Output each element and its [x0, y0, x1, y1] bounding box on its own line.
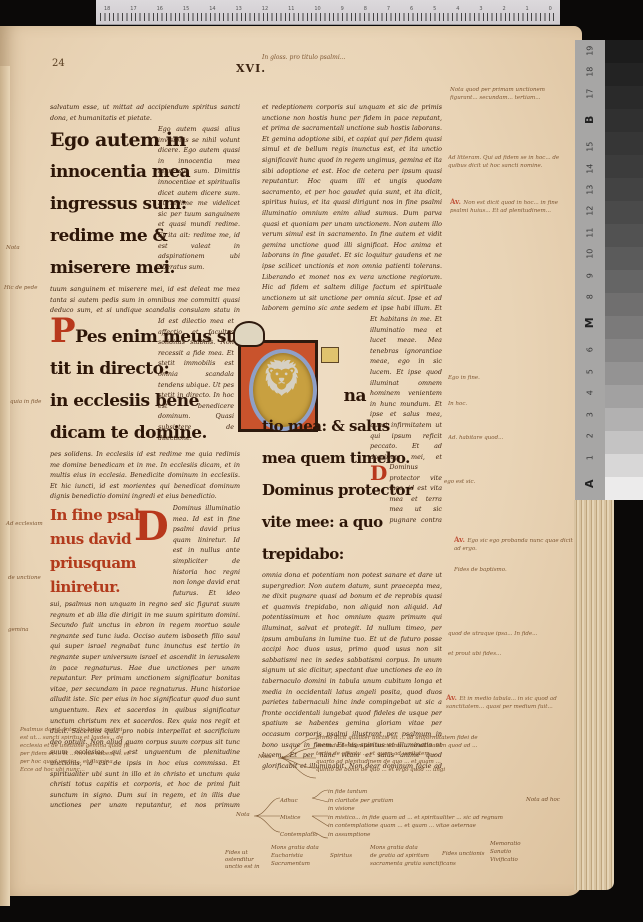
diagram-node: Eucharistia [271, 852, 319, 860]
note-text: ego est sic. [444, 479, 475, 485]
ruler-numbers: 1817161514131211109876543210 [104, 6, 552, 12]
foliate-flourish-icon [233, 321, 265, 347]
red-initial-d-right: D [370, 462, 387, 526]
right-margin-note: Ego in fine. [448, 374, 568, 382]
left-margin-note: quia in fide [10, 398, 50, 406]
ruler-number: 16 [157, 6, 163, 12]
measurement-ruler: 1817161514131211109876543210 [96, 0, 560, 25]
right-margin-note: ego est sic. [444, 478, 564, 486]
diagram-root: Spiritus [330, 852, 352, 860]
right-margin-note: Av. Ego sic ego probanda nunc quae dicit… [454, 536, 574, 553]
text-line: tit in directo: [50, 353, 154, 385]
grey-swatch [605, 109, 643, 132]
grey-scale-labels: 191817B15141312111098M654321A [575, 40, 605, 500]
branch-diagram-5: Fides unctionis MemoratioSanatioVivifica… [442, 840, 552, 870]
branch-diagram-4: Spiritus Mons gratia datade gratia ad sp… [330, 844, 440, 874]
ruler-number: 7 [387, 6, 390, 12]
text-line: mea quem timebo. [262, 442, 366, 474]
grey-swatch [605, 408, 643, 431]
right-margin-note: In hoc. [448, 400, 568, 408]
branch-diagram-1: Nota primo dicit qualiter unctio sit ...… [258, 734, 468, 784]
diagram-root: Nota [236, 811, 250, 819]
grey-swatch [605, 385, 643, 408]
diagram-root: Fides unctionis [442, 850, 485, 858]
diagram-node: Adhuc [280, 793, 318, 810]
left-opening-gloss: salvatum esse, ut mittat ad accipiendum … [50, 102, 240, 124]
note-text: Fides de baptismo. [454, 567, 507, 573]
grey-swatch [605, 63, 643, 86]
right-side-gloss: Et habitans in me. Et illuminatio mea et… [370, 314, 442, 462]
ruler-number: 4 [456, 6, 459, 12]
grey-swatch [605, 431, 643, 454]
left-margin-note: de unctione [8, 574, 48, 582]
right-margin-note: Ad. habitare quod... [448, 434, 568, 442]
left-gloss-2: tuum sanguinem et miserere mei, id est d… [50, 284, 240, 316]
text-line: tio mea: & salus [262, 410, 366, 442]
ruler-number: 18 [104, 6, 110, 12]
diagram-node: in assumptione [328, 831, 503, 840]
rubric-line: mus david [50, 527, 130, 551]
text-line: miserere mei. [50, 252, 154, 284]
diagram-side-note: Nota ad hoc [526, 796, 560, 804]
ruler-number: 0 [549, 6, 552, 12]
grey-swatch [605, 270, 643, 293]
left-side-gloss-3: Id est dilectio mea et affectio et facul… [158, 316, 234, 444]
folio-mark: 24 [52, 58, 65, 69]
ruler-number: 9 [341, 6, 344, 12]
diagram-node: quarto ad plenitudinem de quo ... et qua… [316, 758, 478, 766]
diagram-node: in claritate per gratiam [328, 797, 503, 806]
note-text: Ad. habitare quod... [448, 435, 503, 441]
rubric-initial-p: P [50, 311, 75, 351]
left-gloss-4: pes solidens. In ecclesiis id est redime… [50, 449, 240, 503]
header-gloss: In gloss. pro titulo psalmi... [262, 54, 346, 61]
branch-diagram-2: Nota AdhucMisticeContemplatio in fide ta… [236, 788, 566, 848]
note-text: Ego sic ego probanda nunc quae dicit ad … [454, 538, 573, 552]
ruler-number: 10 [314, 6, 320, 12]
text-line: na [344, 382, 366, 410]
diagram-node: Mistice [280, 810, 318, 827]
grey-swatch [605, 477, 643, 500]
text-line: PPes enim meus ste [50, 316, 154, 353]
grey-swatch [605, 201, 643, 224]
diagram-node: in mistico... in fide quam ad ... et spi… [328, 814, 503, 823]
text-line: Ego autem in [50, 124, 154, 156]
grey-scale-label: 1 [579, 442, 600, 472]
note-text: Et in medio tabula... in sic quod ad san… [446, 696, 557, 710]
ruler-number: 8 [364, 6, 367, 12]
left-margin-note: Hic de pede [4, 284, 44, 292]
grey-swatch [605, 132, 643, 155]
diagram-node: in visione [328, 805, 503, 814]
grey-swatch [605, 293, 643, 316]
left-body-gloss: sui, psalmus non unquam in regno sed sic… [50, 599, 240, 811]
ruler-number: 14 [209, 6, 215, 12]
red-annotation-mark: Av. [450, 198, 463, 206]
grey-swatch [605, 362, 643, 385]
red-initial-d: D [134, 507, 169, 599]
note-text: Ego in fine. [448, 375, 480, 381]
diagram-node: tertio de effectu ... et quam ad veritat… [316, 750, 478, 758]
text-line: trepidabo: [262, 538, 366, 570]
note-text: Non est dicit quod in hoc... in fine psa… [450, 200, 558, 214]
diagram-node: Sacramentum [271, 860, 319, 868]
diagram-node: secundo de dignitate unctionis ... ad ut… [316, 742, 478, 750]
right-column: et redeptionem corporis sui unquam et si… [262, 102, 442, 770]
right-margin-note: Nota quod per primam unctionem figurant.… [450, 86, 570, 102]
text-line: vite mee: a quo [262, 506, 366, 538]
diagram-node: Vivificatio [490, 856, 521, 864]
rubric-block: In fine psal mus david priusquam liniret… [50, 503, 130, 599]
left-margin-note: gemina [8, 626, 48, 634]
grey-swatch [605, 40, 643, 63]
bottom-left-note-block: Psalmus david. Intentio huius psalmi est… [20, 726, 132, 776]
diagram-branches: primo dicit qualiter unctio sit ... ad u… [316, 734, 478, 774]
left-side-gloss-1: Ego autem quasi alius invisibilis se nih… [158, 124, 240, 284]
grey-scale-label: A [574, 469, 606, 499]
right-side-gloss-2: Dominus protector vite mee, id est vita … [389, 462, 442, 526]
text-line: dicam te domine. [50, 417, 154, 449]
right-margin-note: Av. Et in medio tabula... in sic quod ad… [446, 694, 566, 711]
ruler-number: 5 [433, 6, 436, 12]
text-line: in ecclesiis bene [50, 385, 154, 417]
ruler-number: 11 [288, 6, 294, 12]
left-margin-note: Ad ecclesiam [6, 520, 46, 528]
grey-swatch [605, 316, 643, 339]
grey-swatch [605, 155, 643, 178]
branch-diagram-3: Fides ut ostenditur unctio est in Mons g… [225, 844, 305, 874]
left-side-gloss-5: Dominus illuminatio mea. Id est in fine … [173, 503, 240, 599]
note-text: In hoc. [448, 401, 467, 407]
right-opening-gloss: et redeptionem corporis sui unquam et si… [262, 102, 442, 314]
ruler-number: 12 [262, 6, 268, 12]
grey-swatch [605, 339, 643, 362]
right-large-text-block: na tio mea: & salus mea quem timebo. Dom… [262, 314, 366, 570]
diagram-root: Nota [258, 753, 272, 761]
right-margin-note: Fides de baptismo. [454, 566, 574, 574]
note-text: quod de utraque ipsa... In fide... [448, 631, 537, 637]
grey-swatch [605, 454, 643, 477]
grey-swatch [605, 86, 643, 109]
diagram-node: Memoratio [490, 840, 521, 848]
ruler-number: 15 [183, 6, 189, 12]
ruler-number: 6 [410, 6, 413, 12]
grey-swatch [605, 224, 643, 247]
diagram-branches: AdhucMisticeContemplatio [280, 793, 318, 844]
diagram-node: quinto de bonis de quo ... et ergo quod … [316, 766, 478, 774]
ruler-ticks [100, 13, 556, 21]
diagram-node: primo dicit qualiter unctio sit ... ad u… [316, 734, 478, 742]
diagram-branches: Mons gratia dataEucharistiaSacramentum [271, 844, 319, 868]
left-margin-note: Nota [6, 244, 46, 252]
rubric-line: priusquam [50, 551, 130, 575]
grey-swatch [605, 178, 643, 201]
ruler-number: 1 [526, 6, 529, 12]
rubric-line: liniretur. [50, 575, 130, 599]
diagram-node: Sanatio [490, 848, 521, 856]
manuscript-page: 24 XVI. In gloss. pro titulo psalmi... s… [0, 26, 582, 896]
grey-swatch [605, 247, 643, 270]
diagram-node: Contemplatio [280, 827, 318, 844]
grey-scale-target: 191817B15141312111098M654321A [575, 40, 643, 500]
left-column: salvatum esse, ut mittat ad accipiendum … [50, 102, 240, 811]
note-text: Nota quod per primam unctionem figurant.… [450, 87, 545, 101]
diagram-node: in fide tantum [328, 788, 503, 797]
diagram-branches: MemoratioSanatioVivificatio [490, 840, 521, 864]
red-annotation-mark: Av. [446, 694, 459, 702]
diagram-node: Mons gratia data [271, 844, 319, 852]
rubric-line: In fine psal [50, 503, 130, 527]
left-large-text-block-2: PPes enim meus ste tit in directo: in ec… [50, 316, 154, 449]
note-text: Ad litteram. Qui ad fidem se in hoc... d… [448, 155, 559, 169]
text-line: innocentia mea [50, 156, 154, 188]
ruler-number: 3 [479, 6, 482, 12]
note-text: et prout ubi fides... [448, 651, 501, 657]
page-fore-edge [574, 500, 614, 890]
ruler-number: 13 [235, 6, 241, 12]
psalm-number-heading: XVI. [236, 62, 266, 75]
text-line: Dominus protector [262, 474, 366, 506]
text-line: redime me & [50, 220, 154, 252]
diagram-leaves: in fide tantumin claritate per gratiamin… [328, 788, 503, 839]
left-large-text-block-1: Ego autem in innocentia mea ingressus su… [50, 124, 154, 284]
right-margin-note: Ad litteram. Qui ad fidem se in hoc... d… [448, 154, 568, 170]
right-margin-note: et prout ubi fides... [448, 650, 568, 658]
text-line: ingressus sum: [50, 188, 154, 220]
right-margin-note: quod de utraque ipsa... In fide... [448, 630, 568, 638]
red-annotation-mark: Av. [454, 536, 467, 544]
right-margin-note: Av. Non est dicit quod in hoc... in fine… [450, 198, 570, 215]
grey-scale-swatches [605, 40, 643, 500]
ruler-number: 2 [502, 6, 505, 12]
ruler-number: 17 [130, 6, 136, 12]
spine-gutter [0, 66, 10, 906]
diagram-root: Fides ut ostenditur unctio est in [225, 850, 267, 871]
diagram-node: in contemplatione quam ... et quam ... v… [328, 822, 503, 831]
right-side-gloss-stack: Et habitans in me. Et illuminatio mea et… [370, 314, 442, 570]
